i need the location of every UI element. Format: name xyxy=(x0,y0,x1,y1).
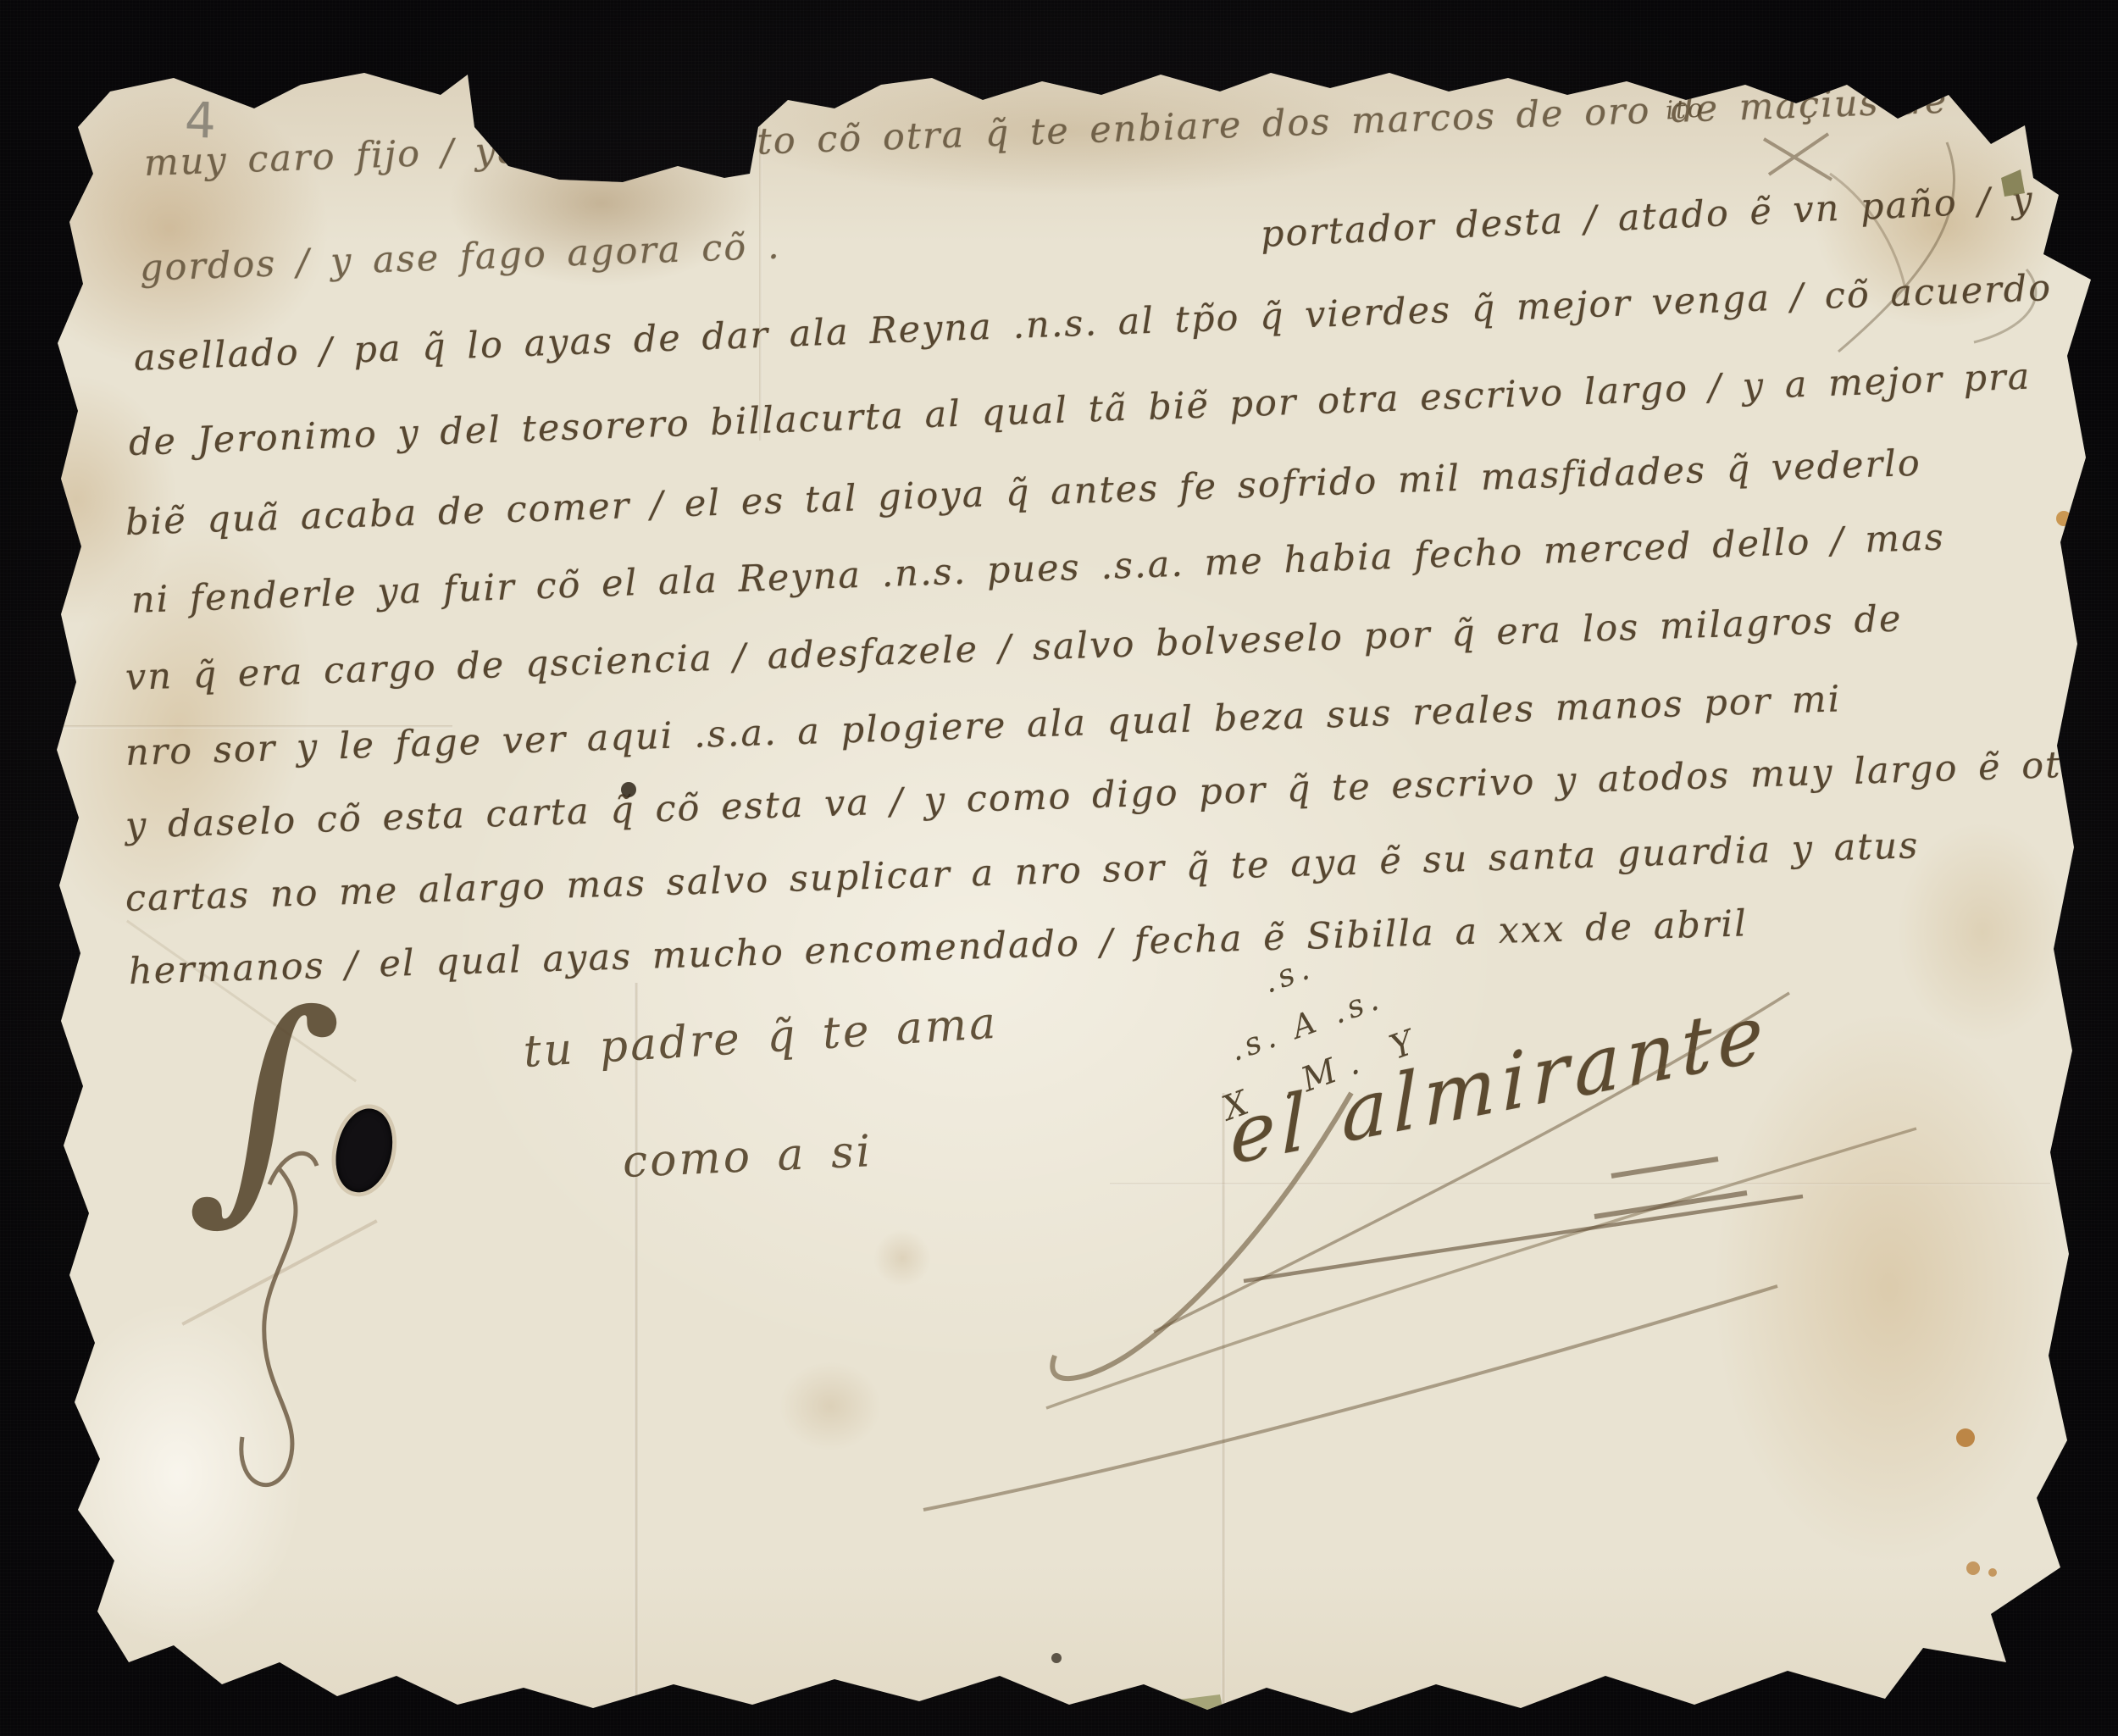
closing-line-2: como a si xyxy=(622,1126,874,1188)
handwritten-line-2b: portador desta / atado ẽ vn paño / y xyxy=(1260,179,2035,256)
paper-hole xyxy=(328,1103,401,1199)
closing-line-1: tu padre q̃ te ama xyxy=(522,998,1000,1078)
manuscript-photo: muy caro fijo / ya te fe escrito cõ otra… xyxy=(0,0,2118,1736)
fold-crease-vertical-left xyxy=(634,983,639,1711)
water-stain-top-notch xyxy=(398,93,805,313)
pencil-folio-number: 4 xyxy=(184,91,217,149)
handwritten-line-11: hermanos / el qual ayas mucho encomendad… xyxy=(128,902,1748,993)
green-fleck-bottom xyxy=(1179,1694,1223,1717)
cross-mark xyxy=(1764,134,1832,180)
signature-flourish-middle xyxy=(1046,1129,1916,1408)
handwritten-line-2a: gordos / y ase fago agora cõ . xyxy=(139,225,781,290)
faint-spot-center xyxy=(864,1220,940,1296)
handwritten-line-3: asellado / pa q̃ lo ayas de dar ala Reyn… xyxy=(133,267,2053,380)
ink-speck-bottom xyxy=(1051,1653,1062,1663)
paraph-flourish: ∫ xyxy=(185,969,347,1238)
signature-end-dash-1 xyxy=(1611,1159,1718,1176)
signature-end-dash-2 xyxy=(1594,1193,1747,1217)
signature-flourish-lower xyxy=(923,1286,1777,1510)
muy-tail-flourish xyxy=(1838,142,1954,352)
fold-crease-vertical-right xyxy=(1221,1093,1226,1728)
rust-speck-right-3 xyxy=(1988,1568,1997,1577)
rust-speck-right-2 xyxy=(1966,1561,1980,1575)
faint-spot-center-bottom xyxy=(762,1347,898,1466)
bright-flap-bottom-left xyxy=(17,1254,339,1694)
letter-paper: muy caro fijo / ya te fe escrito cõ otra… xyxy=(0,0,2118,1736)
interlinear-insertion: ito xyxy=(1665,93,1705,125)
rust-speck-right-edge xyxy=(2056,511,2071,526)
handwritten-line-1: muy caro fijo / ya te fe escrito cõ otra… xyxy=(143,70,2118,185)
signature-underline xyxy=(1244,1196,1803,1281)
fold-crease-horizontal-right xyxy=(1110,1183,2050,1185)
rust-speck-right-1 xyxy=(1956,1428,1975,1447)
